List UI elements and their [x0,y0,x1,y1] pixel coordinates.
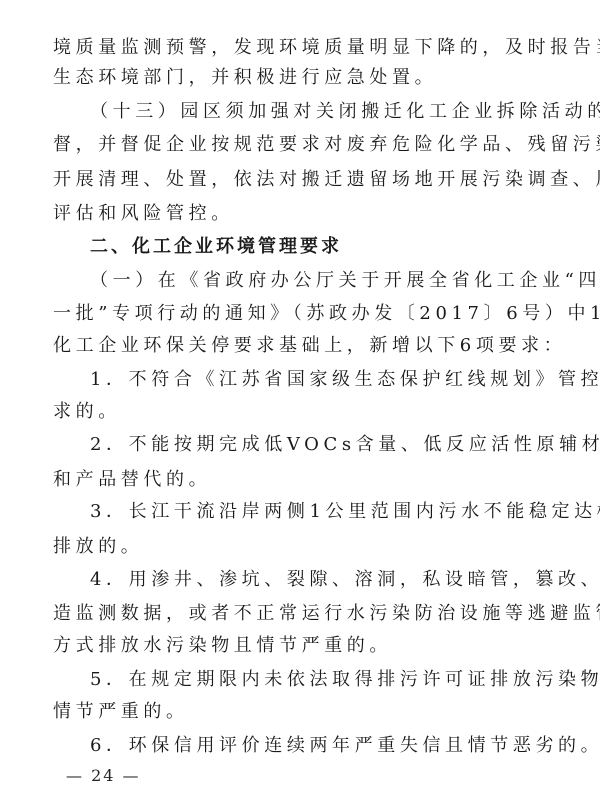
paragraph-line: 开展清理、处置，依法对搬迁遗留场地开展污染调查、风险 [53,169,543,191]
page-number: — 24 — [66,765,141,787]
paragraph-line: 生态环境部门，并积极进行应急处置。 [53,67,543,89]
paragraph-line: 和产品替代的。 [53,469,543,491]
list-item-4: 4．用渗井、渗坑、裂隙、溶洞，私设暗管，篡改、伪 [90,569,543,591]
paragraph-line: 求的。 [53,401,543,423]
paragraph-line: （一）在《省政府办公厅关于开展全省化工企业“四个 [90,270,543,292]
paragraph-line: 督，并督促企业按规范要求对废弃危险化学品、残留污染物 [53,134,543,156]
paragraph-line: 化工企业环保关停要求基础上，新增以下6项要求： [53,335,543,357]
paragraph-line: 评估和风险管控。 [53,203,543,225]
section-heading: 二、化工企业环境管理要求 [90,236,543,258]
list-item-6: 6．环保信用评价连续两年严重失信且情节恶劣的。 [90,735,543,757]
list-item-5: 5．在规定期限内未依法取得排污许可证排放污染物且 [90,669,543,691]
paragraph-line: 方式排放水污染物且情节严重的。 [53,635,543,657]
list-item-3: 3．长江干流沿岸两侧1公里范围内污水不能稳定达标 [90,501,543,523]
paragraph-line: 境质量监测预警，发现环境质量明显下降的，及时报告当地 [53,37,543,59]
list-item-2: 2．不能按期完成低VOCs含量、低反应活性原辅材料 [90,434,543,456]
paragraph-line: 造监测数据，或者不正常运行水污染防治设施等逃避监管的 [53,603,543,625]
paragraph-line: 一批”专项行动的通知》（苏政办发〔2017〕6号）中10项 [53,303,543,325]
paragraph-line: 情节严重的。 [53,701,543,723]
document-page: 境质量监测预警，发现环境质量明显下降的，及时报告当地 生态环境部门，并积极进行应… [0,0,600,808]
paragraph-line: 排放的。 [53,536,543,558]
paragraph-line: （十三）园区须加强对关闭搬迁化工企业拆除活动的监 [90,101,543,123]
list-item-1: 1．不符合《江苏省国家级生态保护红线规划》管控要 [90,369,543,391]
